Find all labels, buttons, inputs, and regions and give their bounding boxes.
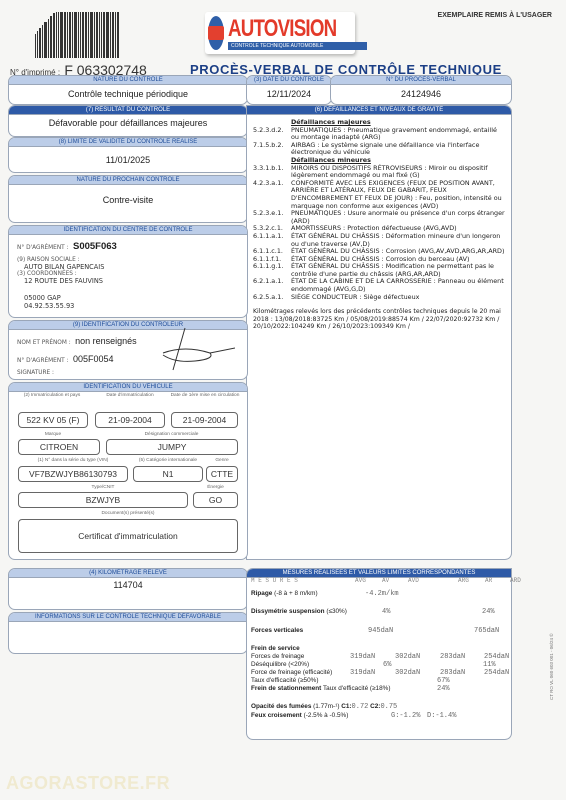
ripage-row: Ripage (-8 à + 8 m/km) <box>251 590 318 597</box>
date-immat-field: 21-09-2004 <box>95 412 165 428</box>
validity-value: 11/01/2025 <box>9 155 247 165</box>
dissym-row: Dissymétrie suspension (≤30%) <box>251 608 347 615</box>
docs-field: Certificat d'immatriculation <box>18 519 238 553</box>
brake-force-value: 319daN <box>350 669 375 677</box>
defect-text: MIROIRS OU DISPOSITIFS RÉTROVISEURS : Mi… <box>291 165 505 180</box>
vin-label: (1) N° dans la série du type (VIN) <box>18 458 128 463</box>
pv-box: N° DU PROCÈS-VERBAL 24124946 <box>330 75 512 105</box>
watermark: AGORASTORE.FR <box>6 773 170 794</box>
date-label: (3) DATE DU CONTRÔLE <box>247 76 331 85</box>
forces-v-row: Forces verticales <box>251 627 303 634</box>
validity-box: (8) LIMITE DE VALIDITÉ DU CONTRÔLE RÉALI… <box>8 137 248 173</box>
defect-text: SIÈGE CONDUCTEUR : Siège défectueux <box>291 294 505 302</box>
forces-v-ar: 765daN <box>474 627 499 635</box>
docs-label: Document(s) présenté(s) <box>18 511 238 516</box>
barcode <box>35 12 150 58</box>
brake-force-value: 319daN <box>350 653 375 661</box>
date-immat-label: Date d'immatriculation <box>95 393 165 398</box>
centre-city: 05000 GAP <box>24 294 239 302</box>
brand-field: CITROEN <box>18 439 100 455</box>
defect-code: 5.2.3.e.1. <box>253 210 291 225</box>
defect-code: 6.2.5.a.1. <box>253 294 291 302</box>
pv-value: 24124946 <box>331 89 511 99</box>
measure-column: AVG <box>355 577 366 584</box>
measure-column: ARD <box>510 577 521 584</box>
brake-force-value: 254daN <box>484 669 509 677</box>
controller-name-label: NOM ET PRÉNOM : <box>17 340 71 346</box>
km-label: (4) KILOMÉTRAGE RELEVÉ <box>9 569 247 578</box>
defect-item: 3.3.1.b.1.MIROIRS OU DISPOSITIFS RÉTROVI… <box>253 165 505 180</box>
brand-label: Marque <box>18 432 88 437</box>
defect-code: 3.3.1.b.1. <box>253 165 291 180</box>
measure-column: AR <box>485 577 492 584</box>
centre-label: IDENTIFICATION DU CENTRE DE CONTRÔLE <box>9 226 247 235</box>
feux-g: G:-1.2% <box>391 712 420 720</box>
minor-defects-list: 3.3.1.b.1.MIROIRS OU DISPOSITIFS RÉTROVI… <box>253 165 505 302</box>
genre-label: Genre <box>206 458 238 463</box>
autovision-logo: AUTOVISION CONTROLE TECHNIQUE AUTOMOBILE <box>205 12 355 54</box>
defect-item: 5.2.3.e.1.PNEUMATIQUES : Usure anormale … <box>253 210 505 225</box>
car-badge-icon <box>208 16 224 50</box>
defect-code: 5.2.3.d.2. <box>253 127 291 142</box>
info-label: INFORMATIONS SUR LE CONTRÔLE TECHNIQUE D… <box>9 613 247 622</box>
measure-column: AV <box>382 577 389 584</box>
km-history: Kilométrages relevés lors des précédents… <box>253 308 505 330</box>
result-label: (7) RÉSULTAT DU CONTRÔLE <box>9 106 247 115</box>
category-label: (5) Catégorie internationale <box>133 458 203 463</box>
brand-subtitle: CONTROLE TECHNIQUE AUTOMOBILE <box>228 42 367 50</box>
vin-field: VF7BZWJYB86130793 <box>18 466 128 482</box>
centre-box: IDENTIFICATION DU CENTRE DE CONTRÔLE N° … <box>8 225 248 318</box>
next-control-box: NATURE DU PROCHAIN CONTRÔLE Contre-visit… <box>8 175 248 223</box>
frein-stat-row: Frein de stationnement Taux d'efficacité… <box>251 685 390 692</box>
vehicle-label: IDENTIFICATION DU VÉHICULE <box>9 383 247 392</box>
copy-note: EXEMPLAIRE REMIS À L'USAGER <box>438 12 552 19</box>
next-control-label: NATURE DU PROCHAIN CONTRÔLE <box>9 176 247 185</box>
nature-box: NATURE DU CONTRÔLE Contrôle technique pé… <box>8 75 248 105</box>
deseq-ar: 11% <box>483 661 496 669</box>
frein-service-title: Frein de service <box>251 645 300 652</box>
defects-label: (6) DÉFAILLANCES ET NIVEAUX DE GRAVITÉ <box>247 106 511 115</box>
taux-label: Taux d'efficacité (≥50%) <box>251 677 318 684</box>
centre-phone: 04.92.53.55.93 <box>24 302 239 310</box>
info-box: INFORMATIONS SUR LE CONTRÔLE TECHNIQUE D… <box>8 612 248 654</box>
date-box: (3) DATE DU CONTRÔLE 12/11/2024 <box>246 75 332 105</box>
defect-text: ÉTAT DE LA CABINE ET DE LA CARROSSERIE :… <box>291 278 505 293</box>
measures-col-left: M E S U R E S <box>251 577 298 584</box>
defect-text: ÉTAT GÉNÉRAL DU CHÂSSIS : Déformation mi… <box>291 233 505 248</box>
immat-field: 522 KV 05 (F) <box>18 412 88 428</box>
signature <box>155 325 235 375</box>
energy-label: Énergie <box>193 485 238 490</box>
defect-item: 7.1.5.b.2.AIRBAG : Le système signale un… <box>253 142 505 157</box>
model-field: JUMPY <box>106 439 238 455</box>
defect-code: 6.1.1.g.1. <box>253 263 291 278</box>
result-value: Défavorable pour défaillances majeures <box>9 118 247 128</box>
defect-text: CONFORMITÉ AVEC LES EXIGENCES (FEUX DE P… <box>291 180 505 210</box>
frein-stat-value: 24% <box>437 685 450 693</box>
feux-row: Feux croisement (-2.5% à -0.5%) <box>251 712 348 719</box>
pv-label: N° DU PROCÈS-VERBAL <box>331 76 511 85</box>
defect-code: 6.2.1.a.1. <box>253 278 291 293</box>
centre-agrement-label: N° D'AGRÉMENT : <box>17 245 69 251</box>
major-defects-list: 5.2.3.d.2.PNEUMATIQUES : Pneumatique gra… <box>253 127 505 157</box>
first-circ-field: 21-09-2004 <box>171 412 238 428</box>
deseq-av: 6% <box>383 661 391 669</box>
first-circ-label: Date de 1ère mise en circulation <box>170 393 240 398</box>
defect-code: 6.1.1.a.1. <box>253 233 291 248</box>
defect-text: PNEUMATIQUES : Pneumatique gravement end… <box>291 127 505 142</box>
defect-item: 6.2.1.a.1.ÉTAT DE LA CABINE ET DE LA CAR… <box>253 278 505 293</box>
genre-field: CTTE <box>206 466 238 482</box>
centre-agrement: S005F063 <box>73 241 117 252</box>
brand-name: AUTOVISION <box>228 17 336 41</box>
defect-code: 7.1.5.b.2. <box>253 142 291 157</box>
defect-item: 5.2.3.d.2.PNEUMATIQUES : Pneumatique gra… <box>253 127 505 142</box>
centre-address: 12 ROUTE DES FAUVINS <box>24 277 239 285</box>
feux-d: D:-1.4% <box>427 712 456 720</box>
defect-text: AIRBAG : Le système signale une défailla… <box>291 142 505 157</box>
defect-text: PNEUMATIQUES : Usure anormale ou présenc… <box>291 210 505 225</box>
opacite-row: Opacité des fumées (1.77m-¹) C1:0.72 C2:… <box>251 703 397 711</box>
immat-label: (2) Immatriculation et pays <box>12 393 92 398</box>
taux-value: 67% <box>437 677 450 685</box>
measure-column: AVD <box>408 577 419 584</box>
dissym-ar: 24% <box>482 608 495 616</box>
force-eff-label: Force de freinage (efficacité) <box>251 669 332 676</box>
energy-field: GO <box>193 492 238 508</box>
form-code: CT RO VL 060 603 001 - 06/24 © <box>549 633 554 700</box>
controller-name: non renseignés <box>75 336 137 346</box>
model-label: Désignation commerciale <box>105 432 238 437</box>
defect-code: 4.2.3.a.1. <box>253 180 291 210</box>
forces-v-av: 945daN <box>368 627 393 635</box>
date-value: 12/11/2024 <box>247 89 331 99</box>
km-box: (4) KILOMÉTRAGE RELEVÉ 114704 <box>8 568 248 610</box>
nature-value: Contrôle technique périodique <box>9 89 247 99</box>
brake-force-value: 283daN <box>440 669 465 677</box>
deseq-label: Déséquilibre (<20%) <box>251 661 309 668</box>
controller-agrement: 005F0054 <box>73 354 114 364</box>
brake-force-value: 302daN <box>395 669 420 677</box>
raison-sociale: AUTO BILAN GAPENCAIS <box>24 263 239 271</box>
km-value: 114704 <box>9 580 247 590</box>
defect-item: 6.2.5.a.1.SIÈGE CONDUCTEUR : Siège défec… <box>253 294 505 302</box>
brake-force-value: 254daN <box>484 653 509 661</box>
brake-force-value: 283daN <box>440 653 465 661</box>
validity-label: (8) LIMITE DE VALIDITÉ DU CONTRÔLE RÉALI… <box>9 138 247 147</box>
defects-box: (6) DÉFAILLANCES ET NIVEAUX DE GRAVITÉ D… <box>246 105 512 560</box>
result-box: (7) RÉSULTAT DU CONTRÔLE Défavorable pou… <box>8 105 248 137</box>
nature-label: NATURE DU CONTRÔLE <box>9 76 247 85</box>
forces-frein-label: Forces de freinage <box>251 653 304 660</box>
measure-column: ARG <box>458 577 469 584</box>
defect-item: 4.2.3.a.1.CONFORMITÉ AVEC LES EXIGENCES … <box>253 180 505 210</box>
category-field: N1 <box>133 466 203 482</box>
type-label: Type/CNIT <box>18 485 188 490</box>
dissym-av: 4% <box>382 608 390 616</box>
ripage-value: -4.2m/km <box>365 590 399 598</box>
controller-agrement-label: N° D'AGRÉMENT : <box>17 358 69 364</box>
next-control-value: Contre-visite <box>9 195 247 205</box>
type-field: BZWJYB <box>18 492 188 508</box>
defect-item: 6.1.1.a.1.ÉTAT GÉNÉRAL DU CHÂSSIS : Défo… <box>253 233 505 248</box>
brake-force-value: 302daN <box>395 653 420 661</box>
